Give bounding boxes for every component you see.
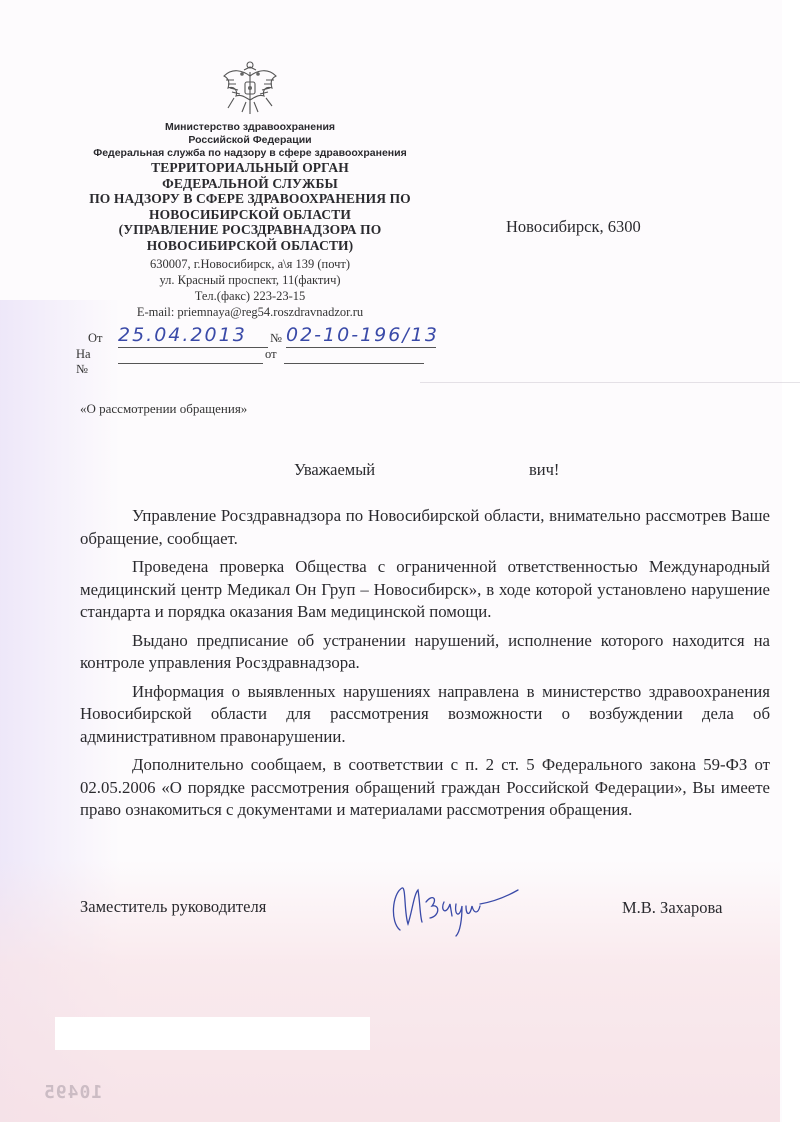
bleed-through-stamp-number: 10495 (43, 1082, 102, 1103)
letter-body: Управление Росздравнадзора по Новосибирс… (80, 505, 770, 828)
letterhead: Министерство здравоохранения Российской … (60, 121, 440, 320)
greeting-start: Уважаемый (294, 460, 375, 480)
letter-subject: «О рассмотрении обращения» (80, 401, 247, 417)
body-paragraph: Проведена проверка Общества с ограниченн… (80, 556, 770, 624)
reply-to-label: На № (76, 347, 91, 377)
email-address: E-mail: priemnaya@reg54.roszdravnadzor.r… (60, 304, 440, 320)
handwritten-signature-icon (380, 872, 530, 942)
signatory-title: Заместитель руководителя (80, 897, 266, 917)
body-paragraph: Информация о выявленных нарушениях напра… (80, 681, 770, 749)
signatory-name: М.В. Захарова (622, 898, 722, 918)
body-paragraph: Управление Росздравнадзора по Новосибирс… (80, 505, 770, 550)
paper-fold-line (420, 382, 800, 383)
body-paragraph: Выдано предписание об устранении нарушен… (80, 630, 770, 675)
phone-fax: Тел.(факс) 223-23-15 (60, 288, 440, 304)
recipient-city: Новосибирск, 6300 (506, 217, 664, 237)
scan-edge (782, 0, 800, 1122)
org-name-line: НОВОСИБИРСКОЙ ОБЛАСТИ) (60, 238, 440, 254)
coat-of-arms-icon (220, 58, 280, 118)
street-address: ул. Красный проспект, 11(фактич) (60, 272, 440, 288)
greeting-end: вич! (529, 460, 559, 480)
body-paragraph: Дополнительно сообщаем, в соответствии с… (80, 754, 770, 822)
reply-to-number (118, 339, 263, 364)
reply-from-date (284, 339, 424, 364)
ministry-country: Российской Федерации (60, 134, 440, 147)
org-name-line: ПО НАДЗОРУ В СФЕРЕ ЗДРАВООХРАНЕНИЯ ПО (60, 191, 440, 207)
org-name-line: ТЕРРИТОРИАЛЬНЫЙ ОРГАН (60, 160, 440, 176)
ministry-name: Министерство здравоохранения (60, 121, 440, 134)
postal-address: 630007, г.Новосибирск, а\я 139 (почт) (60, 256, 440, 272)
org-name-line: (УПРАВЛЕНИЕ РОСЗДРАВНАДЗОРА ПО (60, 222, 440, 238)
org-name-line: ФЕДЕРАЛЬНОЙ СЛУЖБЫ (60, 176, 440, 192)
federal-service-name: Федеральная служба по надзору в сфере зд… (60, 147, 440, 160)
reply-from-label: от (265, 347, 277, 362)
from-label: От (88, 331, 103, 346)
org-name-line: НОВОСИБИРСКОЙ ОБЛАСТИ (60, 207, 440, 223)
redacted-area (55, 1017, 370, 1050)
number-label: № (270, 331, 282, 346)
